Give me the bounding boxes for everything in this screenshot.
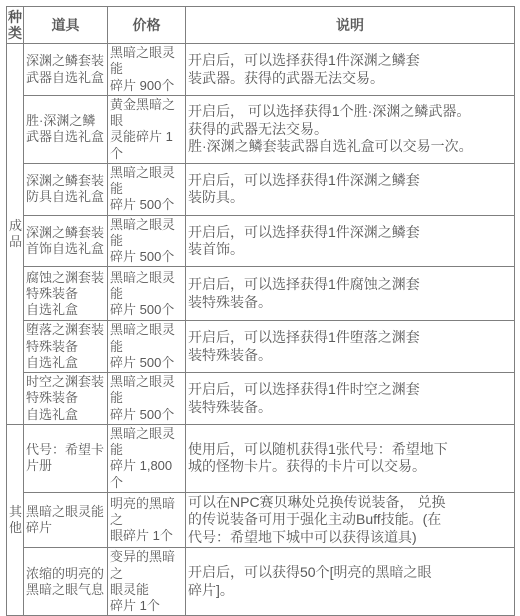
header-cell-price: 价格 — [108, 7, 186, 44]
table-row: 深渊之鳞套装 防具自选礼盒 黑暗之眼灵能 碎片 500个 开启后，可以选择获得1… — [7, 163, 515, 215]
table-row: 深渊之鳞套装 首饰自选礼盒 黑暗之眼灵能 碎片 500个 开启后，可以选择获得1… — [7, 215, 515, 267]
table-row: 腐蚀之渊套装 特殊装备 自选礼盒 黑暗之眼灵能 碎片 500个 开启后，可以选择… — [7, 267, 515, 321]
table-row: 时空之渊套装 特殊装备 自选礼盒 黑暗之眼灵能 碎片 500个 开启后，可以选择… — [7, 373, 515, 425]
item-cell: 黑暗之眼灵能 碎片 — [24, 492, 108, 548]
description-cell: 开启后，可以选择获得1件堕落之渊套 装特殊装备。 — [186, 321, 515, 373]
price-cell: 黑暗之眼灵能 碎片 500个 — [108, 321, 186, 373]
item-cell: 代号：希望卡 片册 — [24, 424, 108, 492]
description-cell: 开启后，可以选择获得1件时空之渊套 装特殊装备。 — [186, 373, 515, 425]
category-cell-finished: 成 品 — [7, 44, 24, 425]
table-header-row: 种 类 道具 价格 说明 — [7, 7, 515, 44]
description-cell: 可以在NPC赛贝琳处兑换传说装备， 兑换 的传说装备可用于强化主动Buff技能。… — [186, 492, 515, 548]
table-row: 黑暗之眼灵能 碎片 明亮的黑暗之 眼碎片 1个 可以在NPC赛贝琳处兑换传说装备… — [7, 492, 515, 548]
description-cell: 使用后，可以随机获得1张代号：希望地下 城的怪物卡片。获得的卡片可以交易。 — [186, 424, 515, 492]
description-cell: 开启后，可以选择获得1件深渊之鳞套 装防具。 — [186, 163, 515, 215]
header-cell-description: 说明 — [186, 7, 515, 44]
price-cell: 黄金黑暗之眼 灵能碎片 1个 — [108, 95, 186, 163]
item-cell: 时空之渊套装 特殊装备 自选礼盒 — [24, 373, 108, 425]
price-cell: 黑暗之眼灵能 碎片 500个 — [108, 163, 186, 215]
price-cell: 明亮的黑暗之 眼碎片 1个 — [108, 492, 186, 548]
price-cell: 黑暗之眼灵能 碎片 500个 — [108, 373, 186, 425]
item-cell: 深渊之鳞套装 防具自选礼盒 — [24, 163, 108, 215]
category-cell-other: 其 他 — [7, 424, 24, 616]
price-cell: 变异的黑暗之 眼灵能 碎片 1个 — [108, 548, 186, 616]
table-row: 其 他 代号：希望卡 片册 黑暗之眼灵能 碎片 1,800个 使用后，可以随机获… — [7, 424, 515, 492]
header-cell-category: 种 类 — [7, 7, 24, 44]
price-cell: 黑暗之眼灵能 碎片 900个 — [108, 44, 186, 96]
table-row: 成 品 深渊之鳞套装 武器自选礼盒 黑暗之眼灵能 碎片 900个 开启后，可以选… — [7, 44, 515, 96]
item-cell: 堕落之渊套装 特殊装备 自选礼盒 — [24, 321, 108, 373]
item-cell: 深渊之鳞套装 武器自选礼盒 — [24, 44, 108, 96]
description-cell: 开启后， 可以选择获得1个胜·深渊之鳞武器。 获得的武器无法交易。 胜·深渊之鳞… — [186, 95, 515, 163]
table-row: 堕落之渊套装 特殊装备 自选礼盒 黑暗之眼灵能 碎片 500个 开启后，可以选择… — [7, 321, 515, 373]
description-cell: 开启后，可以选择获得1件深渊之鳞套 装武器。获得的武器无法交易。 — [186, 44, 515, 96]
price-cell: 黑暗之眼灵能 碎片 1,800个 — [108, 424, 186, 492]
price-cell: 黑暗之眼灵能 碎片 500个 — [108, 215, 186, 267]
item-cell: 浓缩的明亮的 黑暗之眼气息 — [24, 548, 108, 616]
description-cell: 开启后，可以选择获得1件深渊之鳞套 装首饰。 — [186, 215, 515, 267]
item-price-table: 种 类 道具 价格 说明 成 品 深渊之鳞套装 武器自选礼盒 黑暗之眼灵能 碎片… — [6, 6, 515, 616]
description-cell: 开启后，可以选择获得1件腐蚀之渊套 装特殊装备。 — [186, 267, 515, 321]
table-row: 浓缩的明亮的 黑暗之眼气息 变异的黑暗之 眼灵能 碎片 1个 开启后，可以获得5… — [7, 548, 515, 616]
item-cell: 深渊之鳞套装 首饰自选礼盒 — [24, 215, 108, 267]
header-cell-item: 道具 — [24, 7, 108, 44]
description-cell: 开启后，可以获得50个[明亮的黑暗之眼 碎片]。 — [186, 548, 515, 616]
price-cell: 黑暗之眼灵能 碎片 500个 — [108, 267, 186, 321]
item-cell: 腐蚀之渊套装 特殊装备 自选礼盒 — [24, 267, 108, 321]
table-row: 胜·深渊之鳞 武器自选礼盒 黄金黑暗之眼 灵能碎片 1个 开启后， 可以选择获得… — [7, 95, 515, 163]
item-cell: 胜·深渊之鳞 武器自选礼盒 — [24, 95, 108, 163]
